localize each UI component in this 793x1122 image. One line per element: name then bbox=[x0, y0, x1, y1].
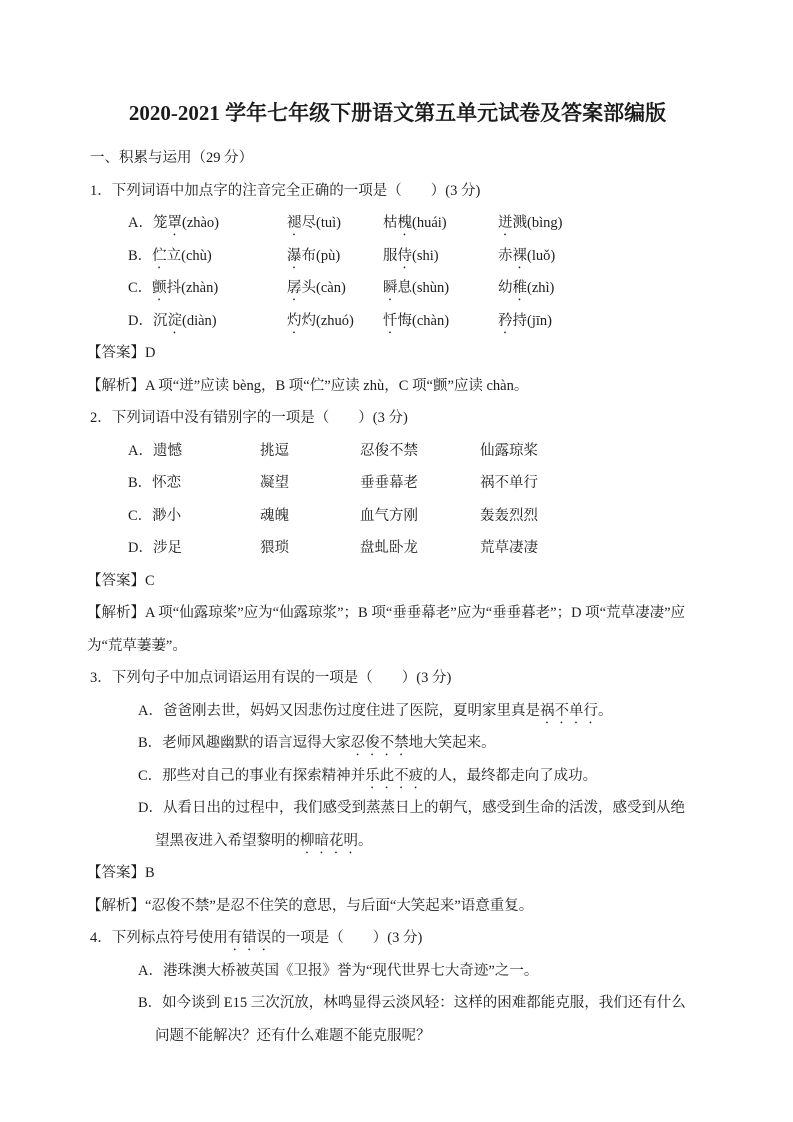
page-title: 2020-2021 学年七年级下册语文第五单元试卷及答案部编版 bbox=[90, 97, 705, 130]
q2-option-row-a: A．遗憾 挑逗 忍俊不禁 仙露琼桨 bbox=[90, 435, 705, 468]
q1-b-word-4: 赤裸(luǒ) bbox=[498, 240, 555, 273]
q3-option-a: A．爸爸刚去世，妈妈又因悲伤过度住进了医院，夏明家里真是祸不单行。 bbox=[90, 695, 705, 728]
q2-c-word-1: C．渺小 bbox=[128, 500, 181, 533]
q1-analysis: 【解析】A 项“迸”应读 bèng，B 项“伫”应读 zhù，C 项“颤”应读 … bbox=[87, 370, 705, 403]
q2-b-word-2: 凝望 bbox=[260, 467, 289, 500]
q1-d-word-1: D．沉淀(diàn) bbox=[128, 305, 217, 338]
q1-c-word-3: 瞬息(shùn) bbox=[383, 272, 449, 305]
q1-b-word-2: 瀑布(pù) bbox=[287, 240, 340, 273]
question-1: 1．下列词语中加点字的注音完全正确的一项是（ ）(3 分) A．笼罩(zhào)… bbox=[90, 175, 705, 403]
q1-b-word-1: B．伫立(chù) bbox=[128, 240, 212, 273]
q1-a-word-1: A．笼罩(zhào) bbox=[128, 207, 219, 240]
q1-stem: 1．下列词语中加点字的注音完全正确的一项是（ ）(3 分) bbox=[90, 175, 705, 208]
q2-d-word-4: 荒草凄凄 bbox=[480, 532, 538, 565]
q1-c-word-2: 孱头(càn) bbox=[287, 272, 346, 305]
q2-d-word-3: 盘虬卧龙 bbox=[360, 532, 418, 565]
q4-option-b: B．如今谈到 E15 三次沉放，林鸣显得云淡风轻：这样的困难都能克服，我们还有什… bbox=[90, 987, 705, 1052]
q3-option-b: B．老师风趣幽默的语言逗得大家忍俊不禁地大笑起来。 bbox=[90, 727, 705, 760]
q3-stem: 3．下列句子中加点词语运用有误的一项是（ ）(3 分) bbox=[90, 662, 705, 695]
section-heading: 一、积累与运用（29 分） bbox=[90, 142, 705, 175]
document-page: 2020-2021 学年七年级下册语文第五单元试卷及答案部编版 一、积累与运用（… bbox=[0, 0, 793, 1122]
q2-analysis: 【解析】A 项“仙露琼桨”应为“仙露琼浆”；B 项“垂垂幕老”应为“垂垂暮老”；… bbox=[87, 597, 705, 662]
q1-c-word-1: C．颤抖(zhàn) bbox=[128, 272, 218, 305]
q2-option-row-c: C．渺小 魂魄 血气方刚 轰轰烈烈 bbox=[90, 500, 705, 533]
q1-d-word-4: 矜持(jīn) bbox=[498, 305, 552, 338]
question-2: 2．下列词语中没有错别字的一项是（ ）(3 分) A．遗憾 挑逗 忍俊不禁 仙露… bbox=[90, 402, 705, 662]
q1-a-word-4: 迸溅(bìng) bbox=[498, 207, 562, 240]
q3-answer: 【答案】B bbox=[87, 857, 705, 890]
q1-option-row-d: D．沉淀(diàn) 灼灼(zhuó) 忏悔(chàn) 矜持(jīn) bbox=[90, 305, 705, 338]
q2-c-word-4: 轰轰烈烈 bbox=[480, 500, 538, 533]
q2-d-word-1: D．涉足 bbox=[128, 532, 182, 565]
question-3: 3．下列句子中加点词语运用有误的一项是（ ）(3 分) A．爸爸刚去世，妈妈又因… bbox=[90, 662, 705, 922]
q2-c-word-3: 血气方刚 bbox=[360, 500, 418, 533]
q4-option-a: A．港珠澳大桥被英国《卫报》誉为“现代世界七大奇迹”之一。 bbox=[90, 955, 705, 988]
q1-answer: 【答案】D bbox=[87, 337, 705, 370]
q2-a-word-3: 忍俊不禁 bbox=[360, 435, 418, 468]
q2-option-row-d: D．涉足 猥琐 盘虬卧龙 荒草凄凄 bbox=[90, 532, 705, 565]
q1-option-row-c: C．颤抖(zhàn) 孱头(càn) 瞬息(shùn) 幼稚(zhì) bbox=[90, 272, 705, 305]
q2-a-word-4: 仙露琼桨 bbox=[480, 435, 538, 468]
q2-b-word-4: 祸不单行 bbox=[480, 467, 538, 500]
q1-c-word-4: 幼稚(zhì) bbox=[498, 272, 554, 305]
q2-answer: 【答案】C bbox=[87, 565, 705, 598]
q1-d-word-2: 灼灼(zhuó) bbox=[287, 305, 354, 338]
q2-a-word-1: A．遗憾 bbox=[128, 435, 182, 468]
q2-a-word-2: 挑逗 bbox=[260, 435, 289, 468]
q4-stem: 4．下列标点符号使用有错误的一项是（ ）(3 分) bbox=[90, 922, 705, 955]
q1-b-word-3: 服侍(shi) bbox=[383, 240, 439, 273]
q2-c-word-2: 魂魄 bbox=[260, 500, 289, 533]
q2-option-row-b: B．怀恋 凝望 垂垂幕老 祸不单行 bbox=[90, 467, 705, 500]
q3-option-d: D．从看日出的过程中，我们感受到蒸蒸日上的朝气，感受到生命的活泼，感受到从绝望黑… bbox=[90, 792, 705, 857]
question-4: 4．下列标点符号使用有错误的一项是（ ）(3 分) A．港珠澳大桥被英国《卫报》… bbox=[90, 922, 705, 1052]
q1-d-word-3: 忏悔(chàn) bbox=[383, 305, 449, 338]
q2-b-word-3: 垂垂幕老 bbox=[360, 467, 418, 500]
q3-option-c: C．那些对自己的事业有探索精神并乐此不疲的人，最终都走向了成功。 bbox=[90, 760, 705, 793]
q2-b-word-1: B．怀恋 bbox=[128, 467, 181, 500]
q1-a-word-3: 枯槐(huái) bbox=[383, 207, 447, 240]
q1-option-row-b: B．伫立(chù) 瀑布(pù) 服侍(shi) 赤裸(luǒ) bbox=[90, 240, 705, 273]
q2-stem: 2．下列词语中没有错别字的一项是（ ）(3 分) bbox=[90, 402, 705, 435]
q1-option-row-a: A．笼罩(zhào) 褪尽(tuì) 枯槐(huái) 迸溅(bìng) bbox=[90, 207, 705, 240]
q1-a-word-2: 褪尽(tuì) bbox=[287, 207, 341, 240]
q2-d-word-2: 猥琐 bbox=[260, 532, 289, 565]
q3-analysis: 【解析】“忍俊不禁”是忍不住笑的意思，与后面“大笑起来”语意重复。 bbox=[87, 890, 705, 923]
